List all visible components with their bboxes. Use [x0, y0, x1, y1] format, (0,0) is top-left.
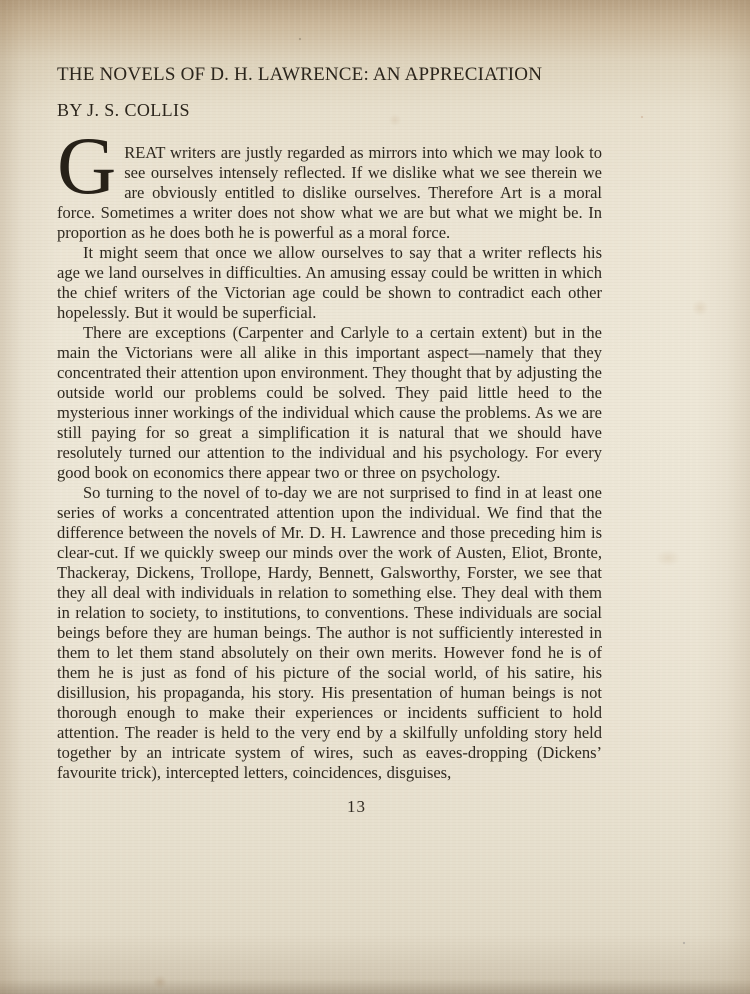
- paragraph-3: There are exceptions (Carpenter and Carl…: [57, 323, 602, 483]
- drop-cap-letter: G: [57, 138, 116, 194]
- book-page: THE NOVELS OF D. H. LAWRENCE: AN APPRECI…: [0, 0, 750, 994]
- article-byline: BY J. S. COLLIS: [57, 100, 602, 121]
- article-body: GREAT writers are justly regarded as mir…: [57, 143, 602, 783]
- paragraph-1: GREAT writers are justly regarded as mir…: [57, 143, 602, 243]
- text-block: THE NOVELS OF D. H. LAWRENCE: AN APPRECI…: [57, 64, 602, 817]
- page-number: 13: [84, 797, 629, 817]
- paragraph-2: It might seem that once we allow ourselv…: [57, 243, 602, 323]
- paragraph-4: So turning to the novel of to-day we are…: [57, 483, 602, 783]
- article-title: THE NOVELS OF D. H. LAWRENCE: AN APPRECI…: [57, 64, 602, 86]
